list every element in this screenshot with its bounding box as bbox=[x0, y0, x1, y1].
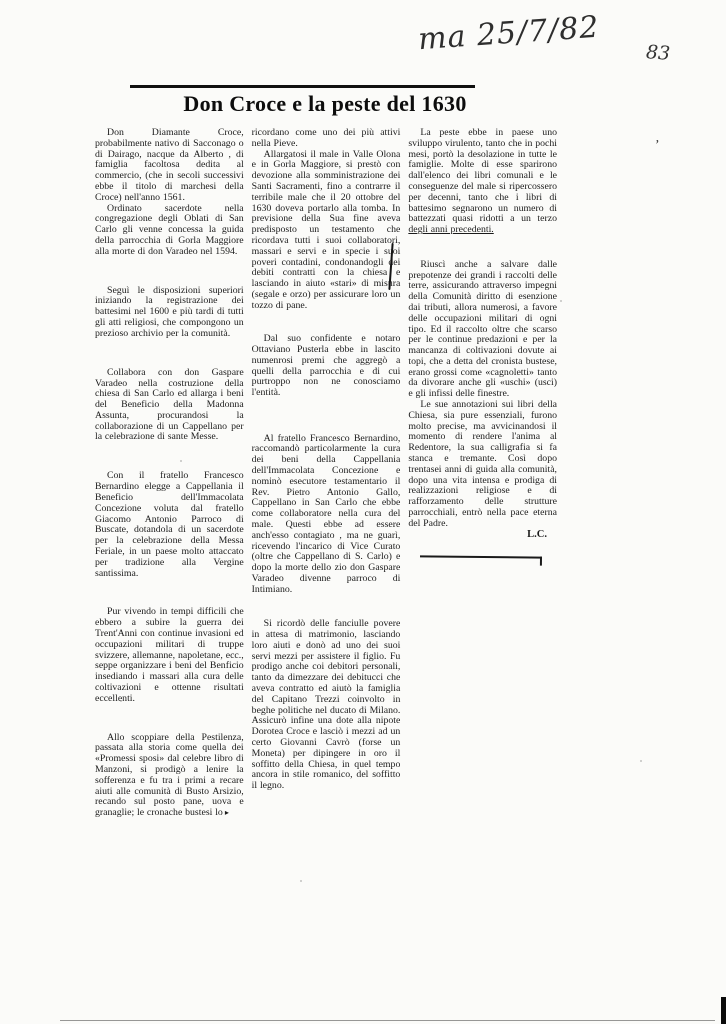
article-paragraph: Le sue annotazioni sui libri della Chies… bbox=[408, 400, 557, 530]
article-paragraph: Don Diamante Croce, probabilmente nativo… bbox=[95, 128, 244, 204]
article-paragraph: Allargatosi il male in Valle Olona e in … bbox=[252, 150, 401, 312]
scan-speck bbox=[120, 700, 122, 702]
scan-stray-mark: ’ bbox=[654, 138, 659, 154]
article-title: Don Croce e la peste del 1630 bbox=[95, 91, 555, 117]
article-column: La peste ebbe in paese uno sviluppo viru… bbox=[408, 128, 557, 819]
article-paragraph: Dal suo confidente e notaro Ottaviano Pu… bbox=[252, 334, 401, 399]
scan-speck bbox=[640, 760, 642, 762]
article-end-rule bbox=[420, 556, 542, 559]
article-paragraph: Collabora con don Gaspare Varadeo nella … bbox=[95, 368, 244, 444]
article-paragraph: Ordinato sacerdote nella congregazione d… bbox=[95, 204, 244, 258]
article-paragraph: Riuscì anche a salvare dalle prepotenze … bbox=[408, 260, 557, 400]
article-paragraph: Al fratello Francesco Bernardino, raccom… bbox=[252, 434, 401, 596]
article-column: ricordano come uno dei più attivi nella … bbox=[252, 128, 401, 819]
article-signature: L.C. bbox=[408, 530, 557, 541]
scan-edge-corner bbox=[721, 997, 726, 1024]
handwritten-page-number: 83 bbox=[645, 41, 671, 65]
scan-edge-line bbox=[60, 1020, 715, 1022]
article-paragraph: Pur vivendo in tempi difficili che ebber… bbox=[95, 607, 244, 704]
article-column: Don Diamante Croce, probabilmente nativo… bbox=[95, 128, 244, 819]
article-body: Don Diamante Croce, probabilmente nativo… bbox=[95, 128, 557, 819]
scan-speck bbox=[180, 460, 182, 462]
article-paragraph: ricordano come uno dei più attivi nella … bbox=[252, 128, 401, 150]
scan-speck bbox=[300, 880, 302, 882]
continuation-arrow-icon: ▸ bbox=[225, 808, 229, 817]
article-paragraph: Con il fratello Francesco Bernardino ele… bbox=[95, 471, 244, 579]
article-paragraph: Allo scoppiare della Pestilenza, passata… bbox=[95, 733, 244, 819]
article-paragraph: La peste ebbe in paese uno sviluppo viru… bbox=[408, 128, 557, 236]
article-paragraph: Seguì le disposizioni superiori iniziand… bbox=[95, 286, 244, 340]
article-paragraph: Si ricordò delle fanciulle povere in att… bbox=[252, 619, 401, 792]
scanned-newspaper-page: ma 25/7/82 83 Don Croce e la peste del 1… bbox=[0, 0, 726, 1024]
scan-speck bbox=[560, 300, 562, 302]
handwritten-date-note: ma 25/7/82 bbox=[417, 10, 601, 58]
headline-rule bbox=[130, 85, 475, 88]
underlined-text: degli anni precedenti. bbox=[408, 224, 493, 235]
